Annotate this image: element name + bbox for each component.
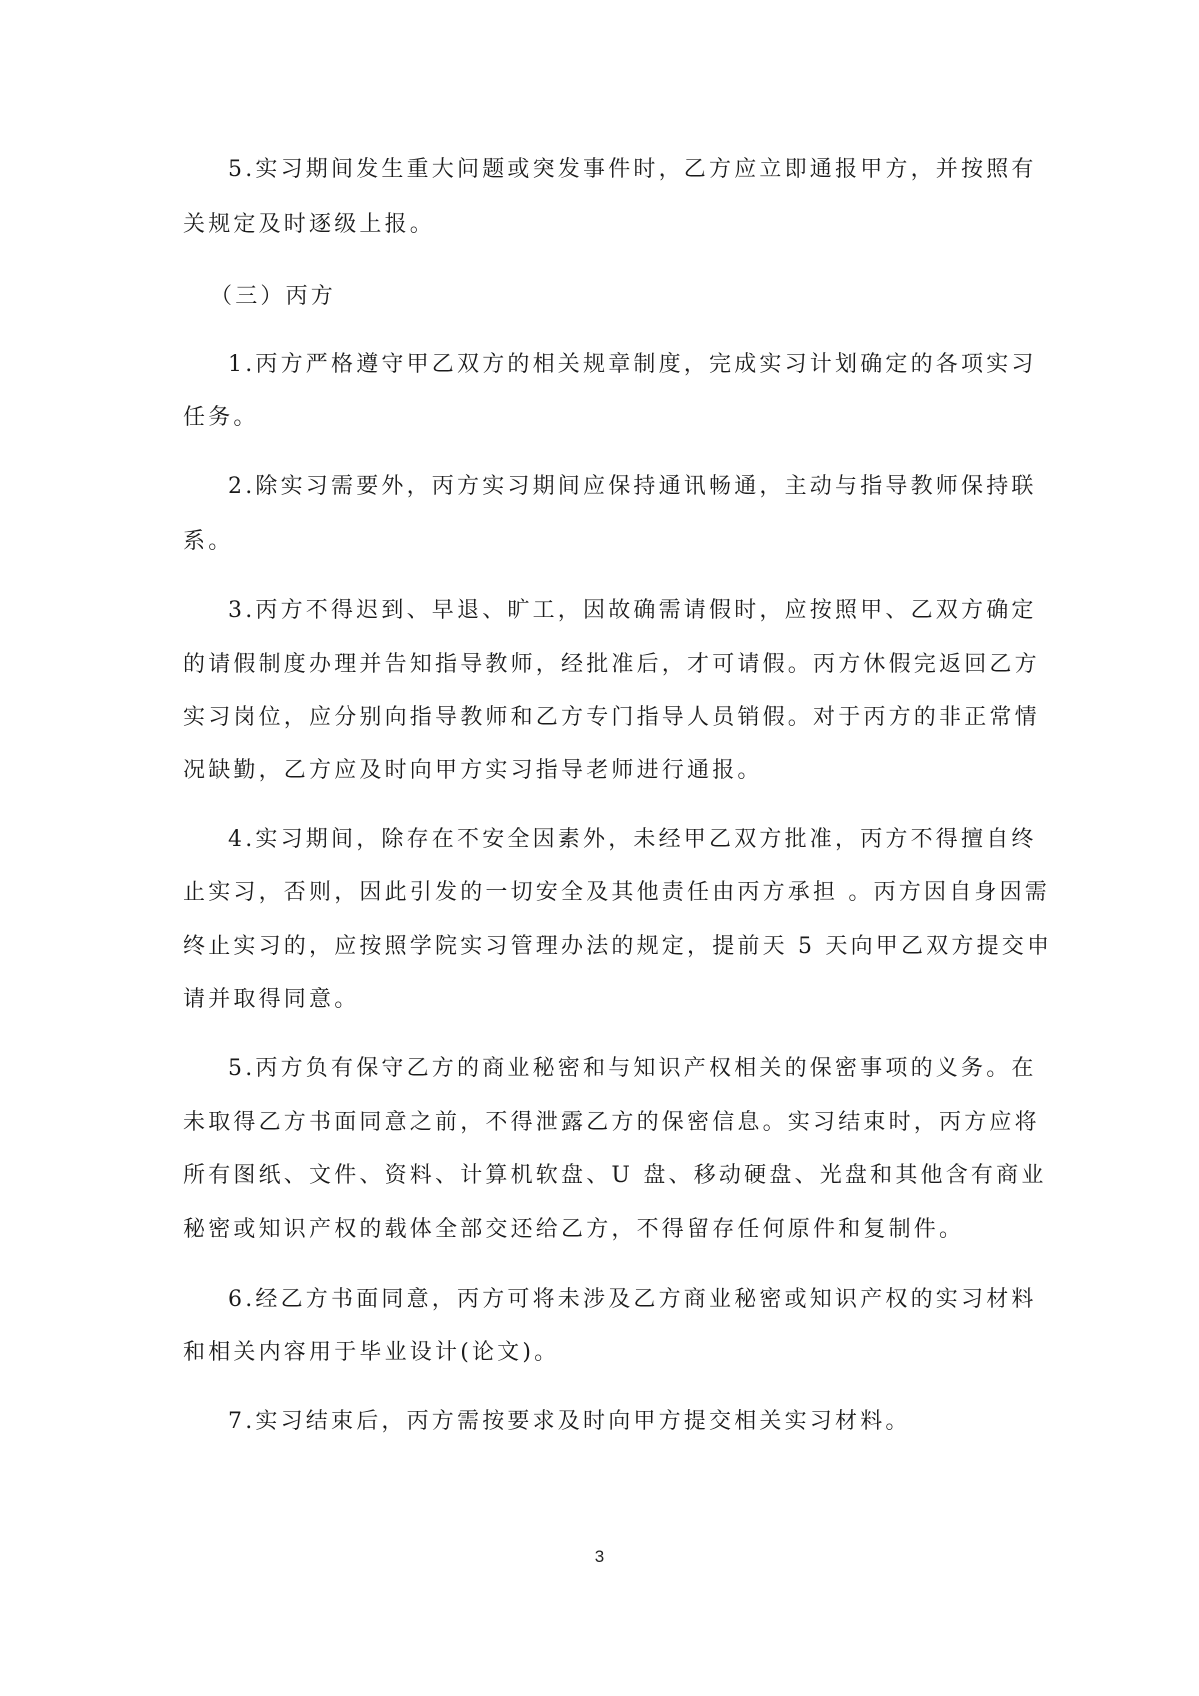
paragraph-line: 2.除实习需要外，丙方实习期间应保持通讯畅通，主动与指导教师保持联: [228, 472, 1037, 502]
paragraph-line: 实习岗位，应分别向指导教师和乙方专门指导人员销假。对于丙方的非正常情: [183, 703, 1040, 733]
section-heading: （三）丙方: [210, 282, 336, 312]
paragraph-line: 请并取得同意。: [183, 985, 359, 1015]
paragraph-line: 终止实习的，应按照学院实习管理办法的规定，提前天 5 天向甲乙双方提交申: [183, 932, 1052, 962]
paragraph-line: 3.丙方不得迟到、早退、旷工，因故确需请假时，应按照甲、乙双方确定: [228, 596, 1037, 626]
paragraph-line: 关规定及时逐级上报。: [183, 210, 435, 240]
paragraph-line: 1.丙方严格遵守甲乙双方的相关规章制度，完成实习计划确定的各项实习: [228, 350, 1037, 380]
paragraph-line: 5.实习期间发生重大问题或突发事件时，乙方应立即通报甲方，并按照有: [228, 155, 1037, 185]
paragraph-line: 任务。: [183, 403, 259, 433]
paragraph-line: 系。: [183, 527, 233, 557]
paragraph-line: 的请假制度办理并告知指导教师，经批准后，才可请假。丙方休假完返回乙方: [183, 650, 1040, 680]
paragraph-line: 秘密或知识产权的载体全部交还给乙方，不得留存任何原件和复制件。: [183, 1215, 964, 1245]
paragraph-line: 况缺勤，乙方应及时向甲方实习指导老师进行通报。: [183, 756, 763, 786]
paragraph-line: 4.实习期间，除存在不安全因素外，未经甲乙双方批准，丙方不得擅自终: [228, 825, 1037, 855]
document-page: 5.实习期间发生重大问题或突发事件时，乙方应立即通报甲方，并按照有 关规定及时逐…: [0, 0, 1199, 1696]
paragraph-line: 和相关内容用于毕业设计(论文)。: [183, 1338, 559, 1368]
page-number: 3: [0, 1547, 1199, 1567]
paragraph-line: 7.实习结束后，丙方需按要求及时向甲方提交相关实习材料。: [228, 1407, 911, 1437]
paragraph-line: 所有图纸、文件、资料、计算机软盘、U 盘、移动硬盘、光盘和其他含有商业: [183, 1161, 1047, 1191]
paragraph-line: 未取得乙方书面同意之前，不得泄露乙方的保密信息。实习结束时，丙方应将: [183, 1108, 1040, 1138]
paragraph-line: 5.丙方负有保守乙方的商业秘密和与知识产权相关的保密事项的义务。在: [228, 1054, 1037, 1084]
paragraph-line: 止实习，否则，因此引发的一切安全及其他责任由丙方承担 。丙方因自身因需: [183, 878, 1050, 908]
paragraph-line: 6.经乙方书面同意，丙方可将未涉及乙方商业秘密或知识产权的实习材料: [228, 1285, 1037, 1315]
